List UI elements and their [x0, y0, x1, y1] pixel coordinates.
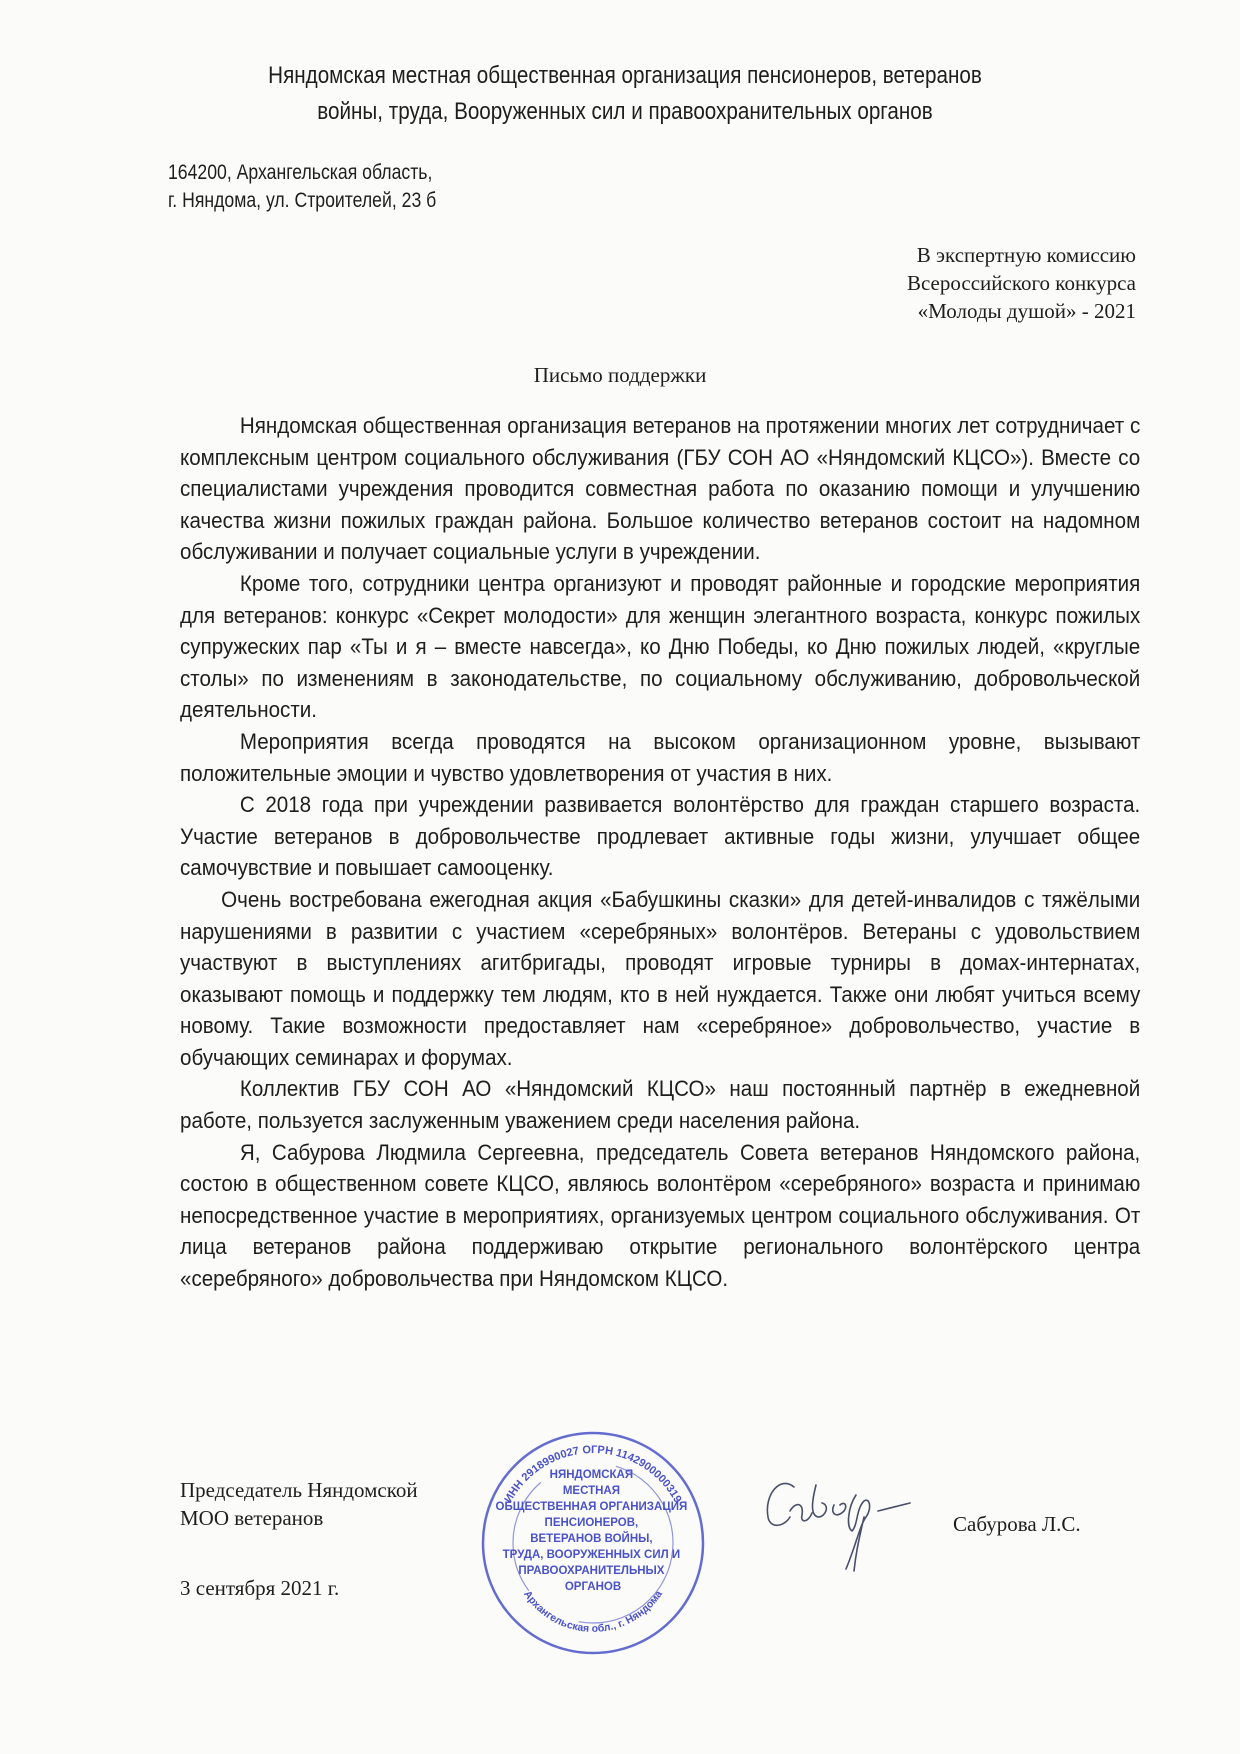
organization-header: Няндомская местная общественная организа… — [217, 58, 1034, 130]
document-title: Письмо поддержки — [0, 363, 1240, 388]
svg-text:Архангельская обл., г. Няндома: Архангельская обл., г. Няндома — [521, 1588, 665, 1634]
paragraph: Коллектив ГБУ СОН АО «Няндомский КЦСО» н… — [180, 1073, 1140, 1136]
signature-icon — [760, 1465, 960, 1575]
stamp-line: ОРГАНОВ — [565, 1581, 621, 1593]
handwritten-signature — [760, 1465, 960, 1575]
org-address: 164200, Архангельская область, г. Няндом… — [168, 159, 436, 215]
stamp-line: ВЕТЕРАНОВ ВОЙНЫ, — [530, 1532, 652, 1545]
stamp-line: НЯНДОМСКАЯ — [550, 1469, 634, 1481]
paragraph: Мероприятия всегда проводятся на высоком… — [180, 726, 1140, 789]
stamp-line: ПЕНСИОНЕРОВ, — [545, 1517, 639, 1529]
svg-text:НЯНДОМСКАЯ МЕСТНАЯ: НЯНДОМСКАЯ МЕСТНАЯ ОБЩЕСТВЕННАЯ ОРГАНИЗА… — [496, 1469, 691, 1593]
letter-date: 3 сентября 2021 г. — [180, 1576, 339, 1601]
address-line-2: г. Няндома, ул. Строителей, 23 б — [168, 187, 436, 215]
letter-body: Няндомская общественная организация вете… — [180, 410, 1140, 1295]
org-name-line-2: войны, труда, Вооруженных сил и правоохр… — [217, 94, 1034, 130]
signer-position: Председатель Няндомской МОО ветеранов — [180, 1476, 418, 1532]
position-line-1: Председатель Няндомской — [180, 1476, 418, 1504]
address-line-1: 164200, Архангельская область, — [168, 159, 436, 187]
recipient-block: В экспертную комиссию Всероссийского кон… — [907, 241, 1136, 325]
stamp-seal-icon: ИНН 2918990027 ОГРН 1142900000319 Арханг… — [478, 1428, 708, 1658]
stamp-line: ОБЩЕСТВЕННАЯ ОРГАНИЗАЦИЯ — [496, 1501, 688, 1513]
stamp-line: ТРУДА, ВООРУЖЕННЫХ СИЛ И — [503, 1549, 680, 1561]
stamp-line: МЕСТНАЯ — [563, 1485, 620, 1497]
paragraph: Я, Сабурова Людмила Сергеевна, председат… — [180, 1137, 1140, 1295]
paragraph: Очень востребована ежегодная акция «Бабу… — [180, 884, 1140, 1074]
paragraph: Няндомская общественная организация вете… — [180, 410, 1140, 568]
paragraph: Кроме того, сотрудники центра организуют… — [180, 568, 1140, 726]
recipient-line-3: «Молоды душой» - 2021 — [907, 297, 1136, 325]
org-name-line-1: Няндомская местная общественная организа… — [217, 58, 1034, 94]
stamp-line: ПРАВООХРАНИТЕЛЬНЫХ — [518, 1565, 664, 1577]
signer-name: Сабурова Л.С. — [953, 1512, 1081, 1537]
stamp-outer-bottom: Архангельская обл., г. Няндома — [521, 1588, 665, 1634]
recipient-line-2: Всероссийского конкурса — [907, 269, 1136, 297]
paragraph: С 2018 года при учреждении развивается в… — [180, 789, 1140, 884]
position-line-2: МОО ветеранов — [180, 1504, 418, 1532]
official-stamp: ИНН 2918990027 ОГРН 1142900000319 Арханг… — [478, 1428, 708, 1658]
recipient-line-1: В экспертную комиссию — [907, 241, 1136, 269]
